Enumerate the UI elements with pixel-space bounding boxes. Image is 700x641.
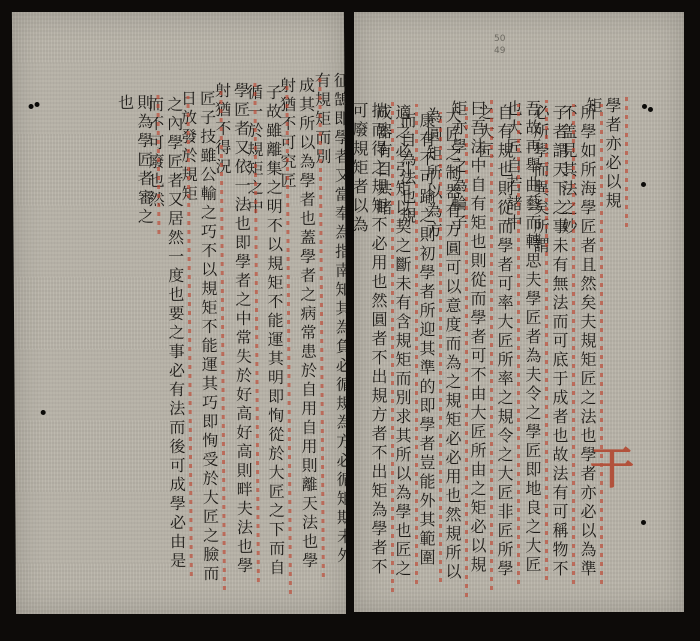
worm-hole [641, 520, 646, 525]
left-manuscript-page: 征鵠即學者又當奉為指南知其為負必循規為方必循矩斯未外有規矩而別 成其所以為學者也… [12, 12, 348, 614]
text-column: 則為學匠者審之也 [115, 94, 154, 234]
worm-hole [642, 104, 647, 109]
pencil-folio-number: 49 [494, 46, 505, 57]
worm-hole [29, 104, 34, 109]
right-manuscript-page: 50 49 學者亦必以規矩 所學如所海學匠者且然矣夫規矩匠之法也學者亦必以為準不… [354, 12, 684, 612]
worm-hole [41, 410, 46, 415]
worm-hole [648, 107, 653, 112]
text-column: 揣而得之規矩不必用也然圓者不出規方者不出矩為學者不可廢規矩者以為 [350, 102, 388, 592]
red-margin-mark: 干 [590, 432, 634, 496]
worm-hole [35, 102, 40, 107]
pencil-folio-number: 50 [494, 34, 505, 45]
worm-hole [641, 182, 646, 187]
